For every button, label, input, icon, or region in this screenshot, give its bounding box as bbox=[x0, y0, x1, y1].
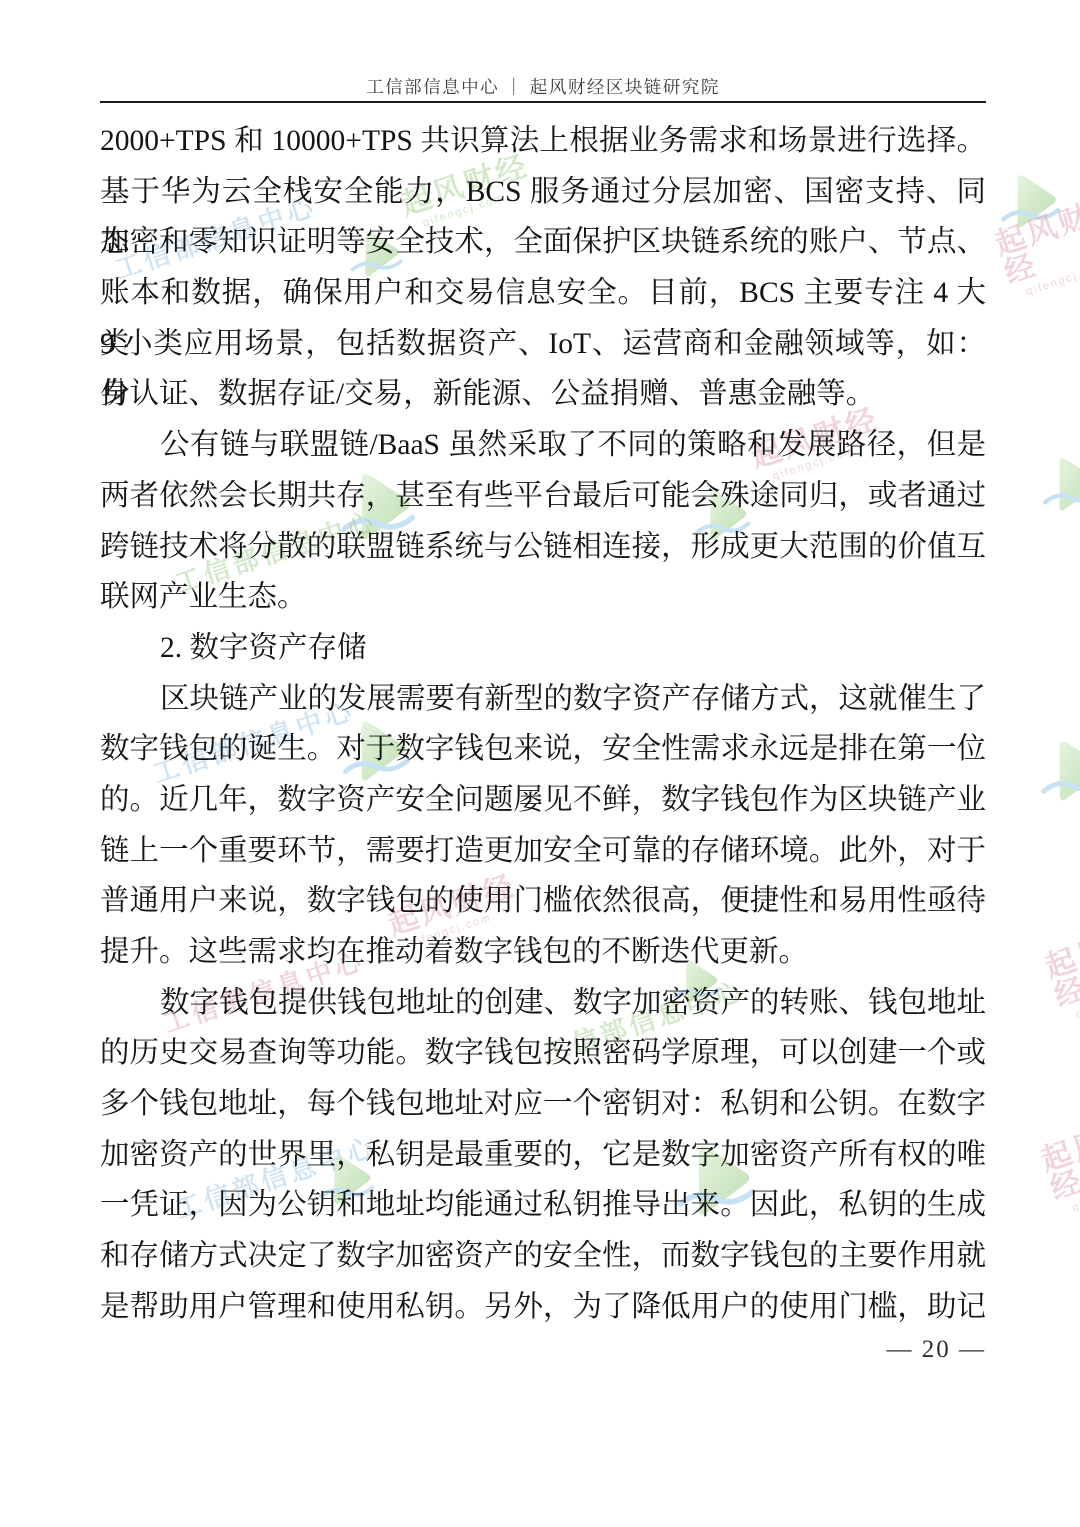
watermark-brand-text: 起风财经qifengcj.com bbox=[992, 201, 1080, 302]
watermark-brand-text: 起风财经qifengcj.com bbox=[1042, 924, 1080, 1025]
text-line: 的。近几年，数字资产安全问题屡见不鲜，数字钱包作为区块链产业 bbox=[100, 775, 986, 826]
text-line: 加密资产的世界里，私钥是最重要的，它是数字加密资产所有权的唯 bbox=[100, 1130, 986, 1181]
text-line: 链上一个重要环节，需要打造更加安全可靠的存储环境。此外，对于 bbox=[100, 826, 986, 877]
section-heading: 2. 数字资产存储 bbox=[100, 623, 986, 674]
text-line: 数字钱包提供钱包地址的创建、数字加密资产的转账、钱包地址 bbox=[100, 978, 986, 1029]
text-line: 联网产业生态。 bbox=[100, 572, 986, 623]
watermark-brand-text: 起风财经qifengcj.com bbox=[1038, 1117, 1080, 1218]
text-line: 份认证、数据存证/交易，新能源、公益捐赠、普惠金融等。 bbox=[100, 369, 986, 420]
text-line: 和存储方式决定了数字加密资产的安全性，而数字钱包的主要作用就 bbox=[100, 1231, 986, 1282]
text-line: 提升。这些需求均在推动着数字钱包的不断迭代更新。 bbox=[100, 927, 986, 978]
brand-logo-icon bbox=[1042, 455, 1080, 517]
header-divider bbox=[100, 101, 986, 103]
text-line: 的历史交易查询等功能。数字钱包按照密码学原理，可以创建一个或 bbox=[100, 1028, 986, 1079]
text-line: 基于华为云全栈安全能力，BCS 服务通过分层加密、国密支持、同态 bbox=[100, 167, 986, 218]
text-line: 数字钱包的诞生。对于数字钱包来说，安全性需求永远是排在第一位 bbox=[100, 724, 986, 775]
text-line: 普通用户来说，数字钱包的使用门槛依然很高，便捷性和易用性亟待 bbox=[100, 876, 986, 927]
text-line: 两者依然会长期共存，甚至有些平台最后可能会殊途同归，或者通过 bbox=[100, 471, 986, 522]
text-line: 2000+TPS 和 10000+TPS 共识算法上根据业务需求和场景进行选择。 bbox=[100, 116, 986, 167]
text-line: 多个钱包地址，每个钱包地址对应一个密钥对：私钥和公钥。在数字 bbox=[100, 1079, 986, 1130]
text-line: 加密和零知识证明等安全技术，全面保护区块链系统的账户、节点、 bbox=[100, 217, 986, 268]
text-line: 跨链技术将分散的联盟链系统与公链相连接，形成更大范围的价值互 bbox=[100, 522, 986, 573]
text-line: 区块链产业的发展需要有新型的数字资产存储方式，这就催生了 bbox=[100, 674, 986, 725]
text-line: 公有链与联盟链/BaaS 虽然采取了不同的策略和发展路径，但是 bbox=[100, 420, 986, 471]
brand-logo-icon bbox=[1000, 172, 1062, 234]
document-page: 起风财经qifengcj.com工信部信息中心起风财经qifengcj.com起… bbox=[0, 0, 1080, 1527]
page-number: — 20 — bbox=[100, 1336, 986, 1364]
text-line: 9 小类应用场景，包括数据资产、IoT、运营商和金融领域等，如：身 bbox=[100, 319, 986, 370]
text-line: 一凭证，因为公钥和地址均能通过私钥推导出来。因此，私钥的生成 bbox=[100, 1180, 986, 1231]
page-header-title: 工信部信息中心 ｜ 起风财经区块链研究院 bbox=[100, 74, 986, 99]
brand-logo-icon bbox=[1040, 738, 1080, 808]
body-text: 2000+TPS 和 10000+TPS 共识算法上根据业务需求和场景进行选择。… bbox=[100, 116, 986, 1333]
text-line: 账本和数据，确保用户和交易信息安全。目前，BCS 主要专注 4 大类 bbox=[100, 268, 986, 319]
text-line: 是帮助用户管理和使用私钥。另外，为了降低用户的使用门槛，助记 bbox=[100, 1282, 986, 1333]
